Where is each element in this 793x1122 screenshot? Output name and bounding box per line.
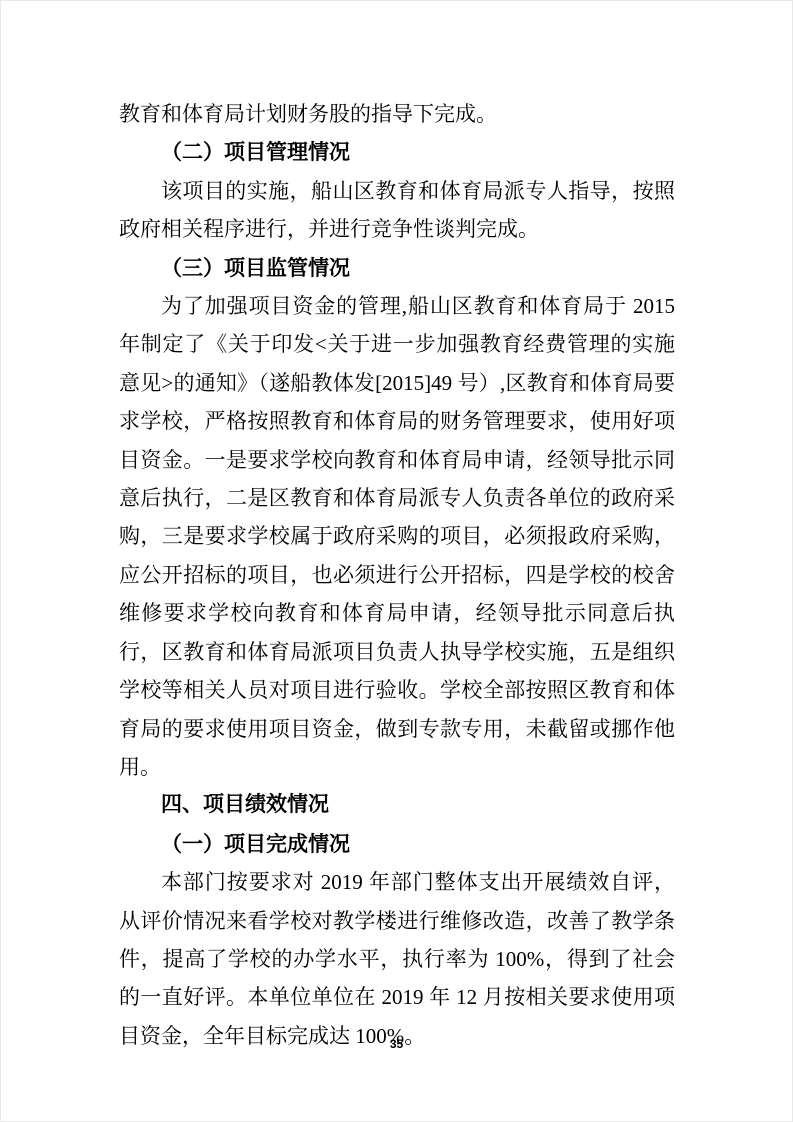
page-number: 35: [1, 1037, 792, 1051]
paragraph-project-management: 该项目的实施，船山区教育和体育局派专人指导，按照政府相关程序进行，并进行竞争性谈…: [119, 172, 675, 249]
paragraph-project-supervision: 为了加强项目资金的管理,船山区教育和体育局于 2015 年制定了《关于印发<关于…: [119, 287, 675, 786]
section-heading-project-completion: （一）项目完成情况: [119, 825, 675, 863]
paragraph-continuation: 教育和体育局计划财务股的指导下完成。: [119, 95, 675, 133]
document-page: 教育和体育局计划财务股的指导下完成。 （二）项目管理情况 该项目的实施，船山区教…: [0, 0, 793, 1122]
document-content: 教育和体育局计划财务股的指导下完成。 （二）项目管理情况 该项目的实施，船山区教…: [119, 95, 675, 1055]
section-heading-project-management: （二）项目管理情况: [119, 133, 675, 171]
paragraph-project-completion: 本部门按要求对 2019 年部门整体支出开展绩效自评，从评价情况来看学校对教学楼…: [119, 863, 675, 1055]
chapter-heading-project-performance: 四、项目绩效情况: [119, 786, 675, 824]
section-heading-project-supervision: （三）项目监管情况: [119, 249, 675, 287]
